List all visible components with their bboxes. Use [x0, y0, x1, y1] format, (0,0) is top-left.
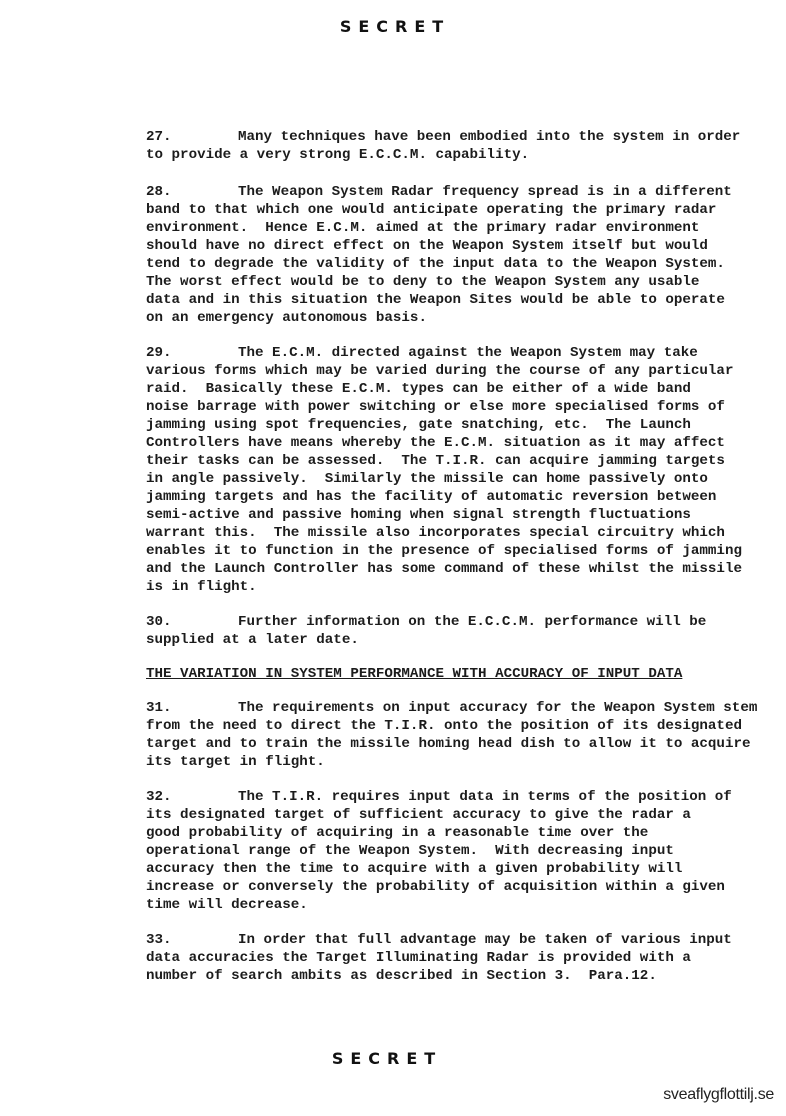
paragraph-line: its target in flight.	[146, 754, 325, 770]
paragraph-line: enables it to function in the presence o…	[146, 543, 742, 559]
paragraph-number: 27.	[146, 128, 238, 146]
paragraph-line: raid. Basically these E.C.M. types can b…	[146, 381, 691, 397]
paragraph-line: The T.I.R. requires input data in terms …	[238, 789, 732, 805]
paragraph-line: jamming using spot frequencies, gate sna…	[146, 417, 691, 433]
paragraph-line: tend to degrade the validity of the inpu…	[146, 256, 725, 272]
paragraph-number: 32.	[146, 788, 238, 806]
paragraph-line: The Weapon System Radar frequency spread…	[238, 184, 732, 200]
paragraph-line: operational range of the Weapon System. …	[146, 843, 674, 859]
paragraph-line: is in flight.	[146, 579, 257, 595]
paragraph-line: good probability of acquiring in a reaso…	[146, 825, 648, 841]
section-heading: THE VARIATION IN SYSTEM PERFORMANCE WITH…	[146, 665, 786, 683]
paragraph-31: 31.The requirements on input accuracy fo…	[146, 699, 786, 771]
document-body: 27.Many techniques have been embodied in…	[146, 128, 786, 985]
paragraph-33: 33.In order that full advantage may be t…	[146, 931, 786, 985]
paragraph-line: accuracy then the time to acquire with a…	[146, 861, 682, 877]
paragraph-line: Many techniques have been embodied into …	[238, 129, 740, 145]
paragraph-line: warrant this. The missile also incorpora…	[146, 525, 725, 541]
paragraph-line: The worst effect would be to deny to the…	[146, 274, 699, 290]
paragraph-line: noise barrage with power switching or el…	[146, 399, 725, 415]
paragraph-line: and the Launch Controller has some comma…	[146, 561, 742, 577]
paragraph-line: data and in this situation the Weapon Si…	[146, 292, 725, 308]
paragraph-line: jamming targets and has the facility of …	[146, 489, 716, 505]
paragraph-line: The E.C.M. directed against the Weapon S…	[238, 345, 698, 361]
footer-classification-marking: SECRET	[0, 1049, 780, 1068]
paragraph-line: to provide a very strong E.C.C.M. capabi…	[146, 147, 529, 163]
paragraph-30: 30.Further information on the E.C.C.M. p…	[146, 613, 786, 649]
paragraph-line: Controllers have means whereby the E.C.M…	[146, 435, 725, 451]
paragraph-line: on an emergency autonomous basis.	[146, 310, 427, 326]
paragraph-line: various forms which may be varied during…	[146, 363, 733, 379]
paragraph-line: number of search ambits as described in …	[146, 968, 657, 984]
paragraph-line: environment. Hence E.C.M. aimed at the p…	[146, 220, 699, 236]
source-watermark: sveaflygflottilj.se	[663, 1086, 774, 1104]
paragraph-line: band to that which one would anticipate …	[146, 202, 716, 218]
paragraph-line: data accuracies the Target Illuminating …	[146, 950, 691, 966]
paragraph-line: in angle passively. Similarly the missil…	[146, 471, 708, 487]
paragraph-line: their tasks can be assessed. The T.I.R. …	[146, 453, 725, 469]
paragraph-line: The requirements on input accuracy for t…	[238, 700, 757, 716]
paragraph-number: 30.	[146, 613, 238, 631]
paragraph-line: Further information on the E.C.C.M. perf…	[238, 614, 706, 630]
paragraph-number: 33.	[146, 931, 238, 949]
paragraph-29: 29.The E.C.M. directed against the Weapo…	[146, 344, 786, 596]
header-classification-marking: SECRET	[2, 17, 786, 36]
paragraph-line: time will decrease.	[146, 897, 308, 913]
paragraph-line: target and to train the missile homing h…	[146, 736, 751, 752]
paragraph-line: increase or conversely the probability o…	[146, 879, 725, 895]
paragraph-line: In order that full advantage may be take…	[238, 932, 732, 948]
paragraph-number: 28.	[146, 183, 238, 201]
paragraph-line: from the need to direct the T.I.R. onto …	[146, 718, 742, 734]
paragraph-line: semi-active and passive homing when sign…	[146, 507, 691, 523]
paragraph-28: 28.The Weapon System Radar frequency spr…	[146, 183, 786, 327]
paragraph-line: its designated target of sufficient accu…	[146, 807, 691, 823]
paragraph-32: 32.The T.I.R. requires input data in ter…	[146, 788, 786, 914]
paragraph-line: supplied at a later date.	[146, 632, 359, 648]
paragraph-number: 31.	[146, 699, 238, 717]
paragraph-27: 27.Many techniques have been embodied in…	[146, 128, 786, 164]
paragraph-line: should have no direct effect on the Weap…	[146, 238, 708, 254]
paragraph-number: 29.	[146, 344, 238, 362]
